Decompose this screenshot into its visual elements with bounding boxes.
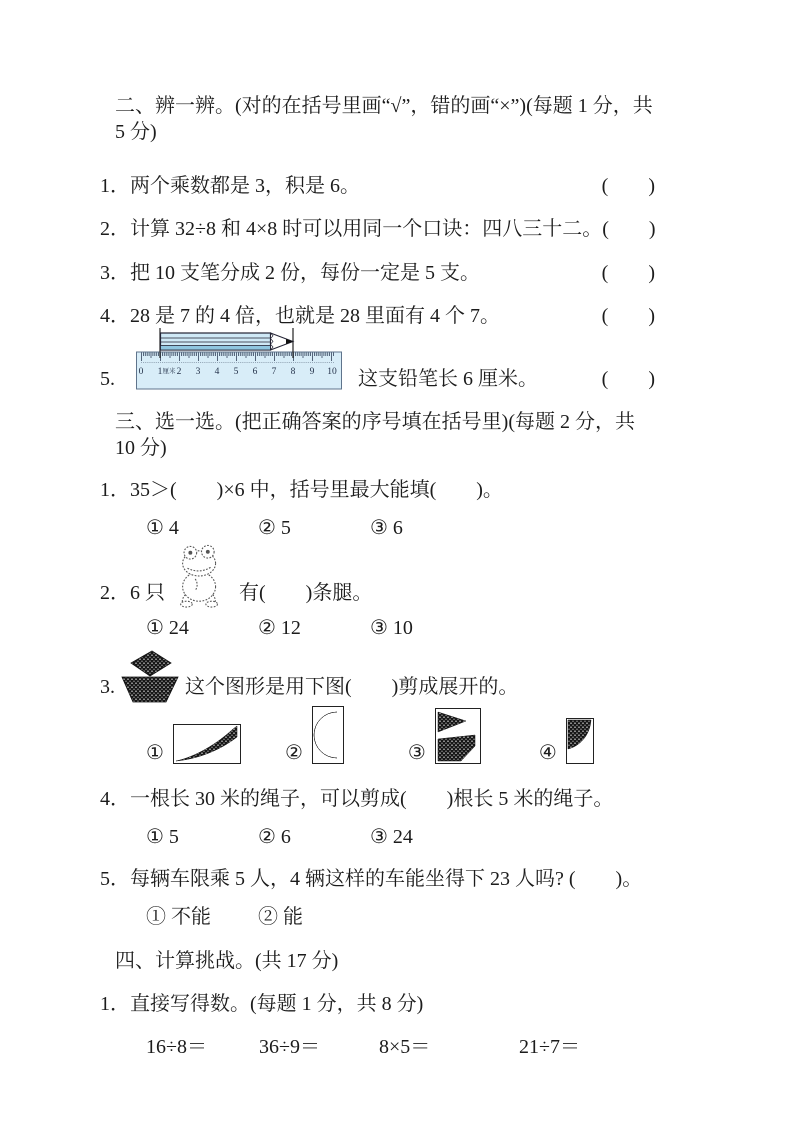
- equation: 21÷7＝: [519, 1034, 580, 1060]
- question-number: 1．: [100, 175, 130, 197]
- option-marker: ①: [146, 742, 164, 764]
- cut-option-figure-2: [312, 706, 344, 764]
- figure-option-3: ③: [408, 708, 481, 764]
- question-text: 4．一根长 30 米的绳子，可以剪成( )根长 5 米的绳子。: [100, 786, 613, 812]
- question-body: 这支铅笔长 6 厘米。: [358, 366, 538, 392]
- option-marker: ④: [539, 742, 557, 764]
- equation: 16÷8＝: [146, 1034, 259, 1060]
- question-body: 每辆车限乘 5 人，4 辆这样的车能坐得下 23 人吗? ( )。: [130, 868, 642, 890]
- answer-blank: ( ): [602, 303, 655, 329]
- svg-text:5: 5: [234, 367, 239, 377]
- question-number: 4．: [100, 788, 130, 810]
- question-row: 4．一根长 30 米的绳子，可以剪成( )根长 5 米的绳子。: [100, 786, 655, 812]
- question-body: 计算 32÷8 和 4×8 时可以用同一个口诀：四八三十二。: [130, 218, 602, 240]
- option-item: ① 24: [146, 615, 258, 641]
- options-row: ① 4② 5③ 6: [100, 515, 655, 541]
- figure-options-row: ① ② ③ ④: [100, 706, 655, 764]
- question-body: 两个乘数都是 3，积是 6。: [130, 175, 360, 197]
- option-item: ② 12: [258, 615, 370, 641]
- question-body: 这个图形是用下图( )剪成展开的。: [185, 674, 518, 700]
- question-number: 5．: [100, 868, 130, 890]
- question-row: 2． 6 只 有( )条腿。: [100, 544, 655, 606]
- question-row: 1．35＞( )×6 中，括号里最大能填( )。: [100, 477, 655, 503]
- options-row: ① 24② 12③ 10: [100, 615, 655, 641]
- subsection-row: 1．直接写得数。(每题 1 分，共 8 分): [100, 991, 655, 1017]
- pencil-ruler-illustration: 0 1 2 3 4 5 6 7 8 9 10 厘米: [135, 326, 350, 392]
- svg-text:7: 7: [272, 367, 277, 377]
- option-item: ① 4: [146, 515, 258, 541]
- section-2-heading: 二、辨一辨。(对的在括号里画“√”，错的画“×”)(每题 1 分，共 5 分): [115, 93, 655, 145]
- option-item: ② 6: [258, 824, 370, 850]
- figure-option-4: ④: [539, 718, 594, 764]
- svg-text:0: 0: [139, 367, 144, 377]
- option-item: ① 不能: [146, 904, 258, 930]
- question-text: 5．每辆车限乘 5 人，4 辆这样的车能坐得下 23 人吗? ( )。: [100, 866, 642, 892]
- svg-text:10: 10: [327, 367, 337, 377]
- section-3-heading: 三、选一选。(把正确答案的序号填在括号里)(每题 2 分，共 10 分): [115, 409, 655, 461]
- option-item: ③ 24: [370, 824, 482, 850]
- cut-option-figure-3: [435, 708, 481, 764]
- question-text: 3．把 10 支笔分成 2 份，每份一定是 5 支。: [100, 260, 480, 286]
- question-body: 35＞( )×6 中，括号里最大能填( )。: [130, 479, 503, 501]
- option-item: ① 5: [146, 824, 258, 850]
- subsection-title: 1．直接写得数。(每题 1 分，共 8 分): [100, 991, 423, 1017]
- ruler-ticks: [141, 353, 334, 363]
- question-row: 1．两个乘数都是 3，积是 6。 ( ): [100, 173, 655, 199]
- option-item: ② 5: [258, 515, 370, 541]
- section-4-heading: 四、计算挑战。(共 17 分): [115, 948, 655, 974]
- cut-option-figure-1: [173, 724, 241, 764]
- svg-text:8: 8: [291, 367, 296, 377]
- svg-text:4: 4: [215, 367, 220, 377]
- ruler-unit-label: 厘米: [163, 366, 177, 375]
- question-body-post: 有( )条腿。: [239, 580, 372, 606]
- answer-blank: ( ): [602, 173, 655, 199]
- svg-text:2: 2: [177, 367, 182, 377]
- equation: 8×5＝: [379, 1034, 519, 1060]
- options-row: ① 不能② 能: [100, 904, 655, 930]
- question-row: 2．计算 32÷8 和 4×8 时可以用同一个口诀：四八三十二。 ( ): [100, 216, 655, 242]
- answer-blank: ( ): [602, 260, 655, 286]
- question-number: 5.: [100, 366, 115, 392]
- answer-blank: ( ): [602, 216, 655, 242]
- question-number: 3.: [100, 674, 115, 700]
- question-number: 3．: [100, 262, 130, 284]
- question-body: 把 10 支笔分成 2 份，每份一定是 5 支。: [130, 262, 480, 284]
- question-row: 3. 这个图形是用下图( )剪成展开的。: [100, 650, 655, 700]
- frog-icon: [173, 544, 231, 608]
- figure-option-1: ①: [146, 724, 241, 764]
- question-number: 2．: [100, 580, 130, 606]
- option-marker: ③: [408, 742, 426, 764]
- question-number: 4．: [100, 305, 130, 327]
- option-item: ② 能: [258, 904, 370, 930]
- question-body: 28 是 7 的 4 倍，也就是 28 里面有 4 个 7。: [130, 305, 500, 327]
- option-item: ③ 10: [370, 615, 482, 641]
- boat-shape-icon: [119, 650, 181, 704]
- svg-text:3: 3: [196, 367, 201, 377]
- figure-option-2: ②: [285, 706, 344, 764]
- pencil-icon: [161, 333, 294, 350]
- question-number: 1．: [100, 479, 130, 501]
- question-row: 5．每辆车限乘 5 人，4 辆这样的车能坐得下 23 人吗? ( )。: [100, 866, 655, 892]
- equations-row: 16÷8＝36÷9＝8×5＝21÷7＝: [100, 1034, 655, 1060]
- options-row: ① 5② 6③ 24: [100, 824, 655, 850]
- option-item: ③ 6: [370, 515, 482, 541]
- question-text: 2．计算 32÷8 和 4×8 时可以用同一个口诀：四八三十二。: [100, 216, 602, 242]
- svg-text:6: 6: [253, 367, 258, 377]
- question-number: 2．: [100, 218, 130, 240]
- answer-blank: ( ): [602, 366, 655, 392]
- svg-text:9: 9: [310, 367, 315, 377]
- question-body: 一根长 30 米的绳子，可以剪成( )根长 5 米的绳子。: [130, 788, 613, 810]
- question-row: 3．把 10 支笔分成 2 份，每份一定是 5 支。 ( ): [100, 260, 655, 286]
- question-body-pre: 6 只: [130, 580, 165, 606]
- option-marker: ②: [285, 742, 303, 764]
- question-text: 1．两个乘数都是 3，积是 6。: [100, 173, 360, 199]
- worksheet-page: 二、辨一辨。(对的在括号里画“√”，错的画“×”)(每题 1 分，共 5 分) …: [0, 0, 793, 1060]
- question-row: 5. 0 1 2 3 4 5 6: [100, 326, 655, 392]
- question-text: 1．35＞( )×6 中，括号里最大能填( )。: [100, 477, 503, 503]
- equation: 36÷9＝: [259, 1034, 379, 1060]
- cut-option-figure-4: [566, 718, 594, 764]
